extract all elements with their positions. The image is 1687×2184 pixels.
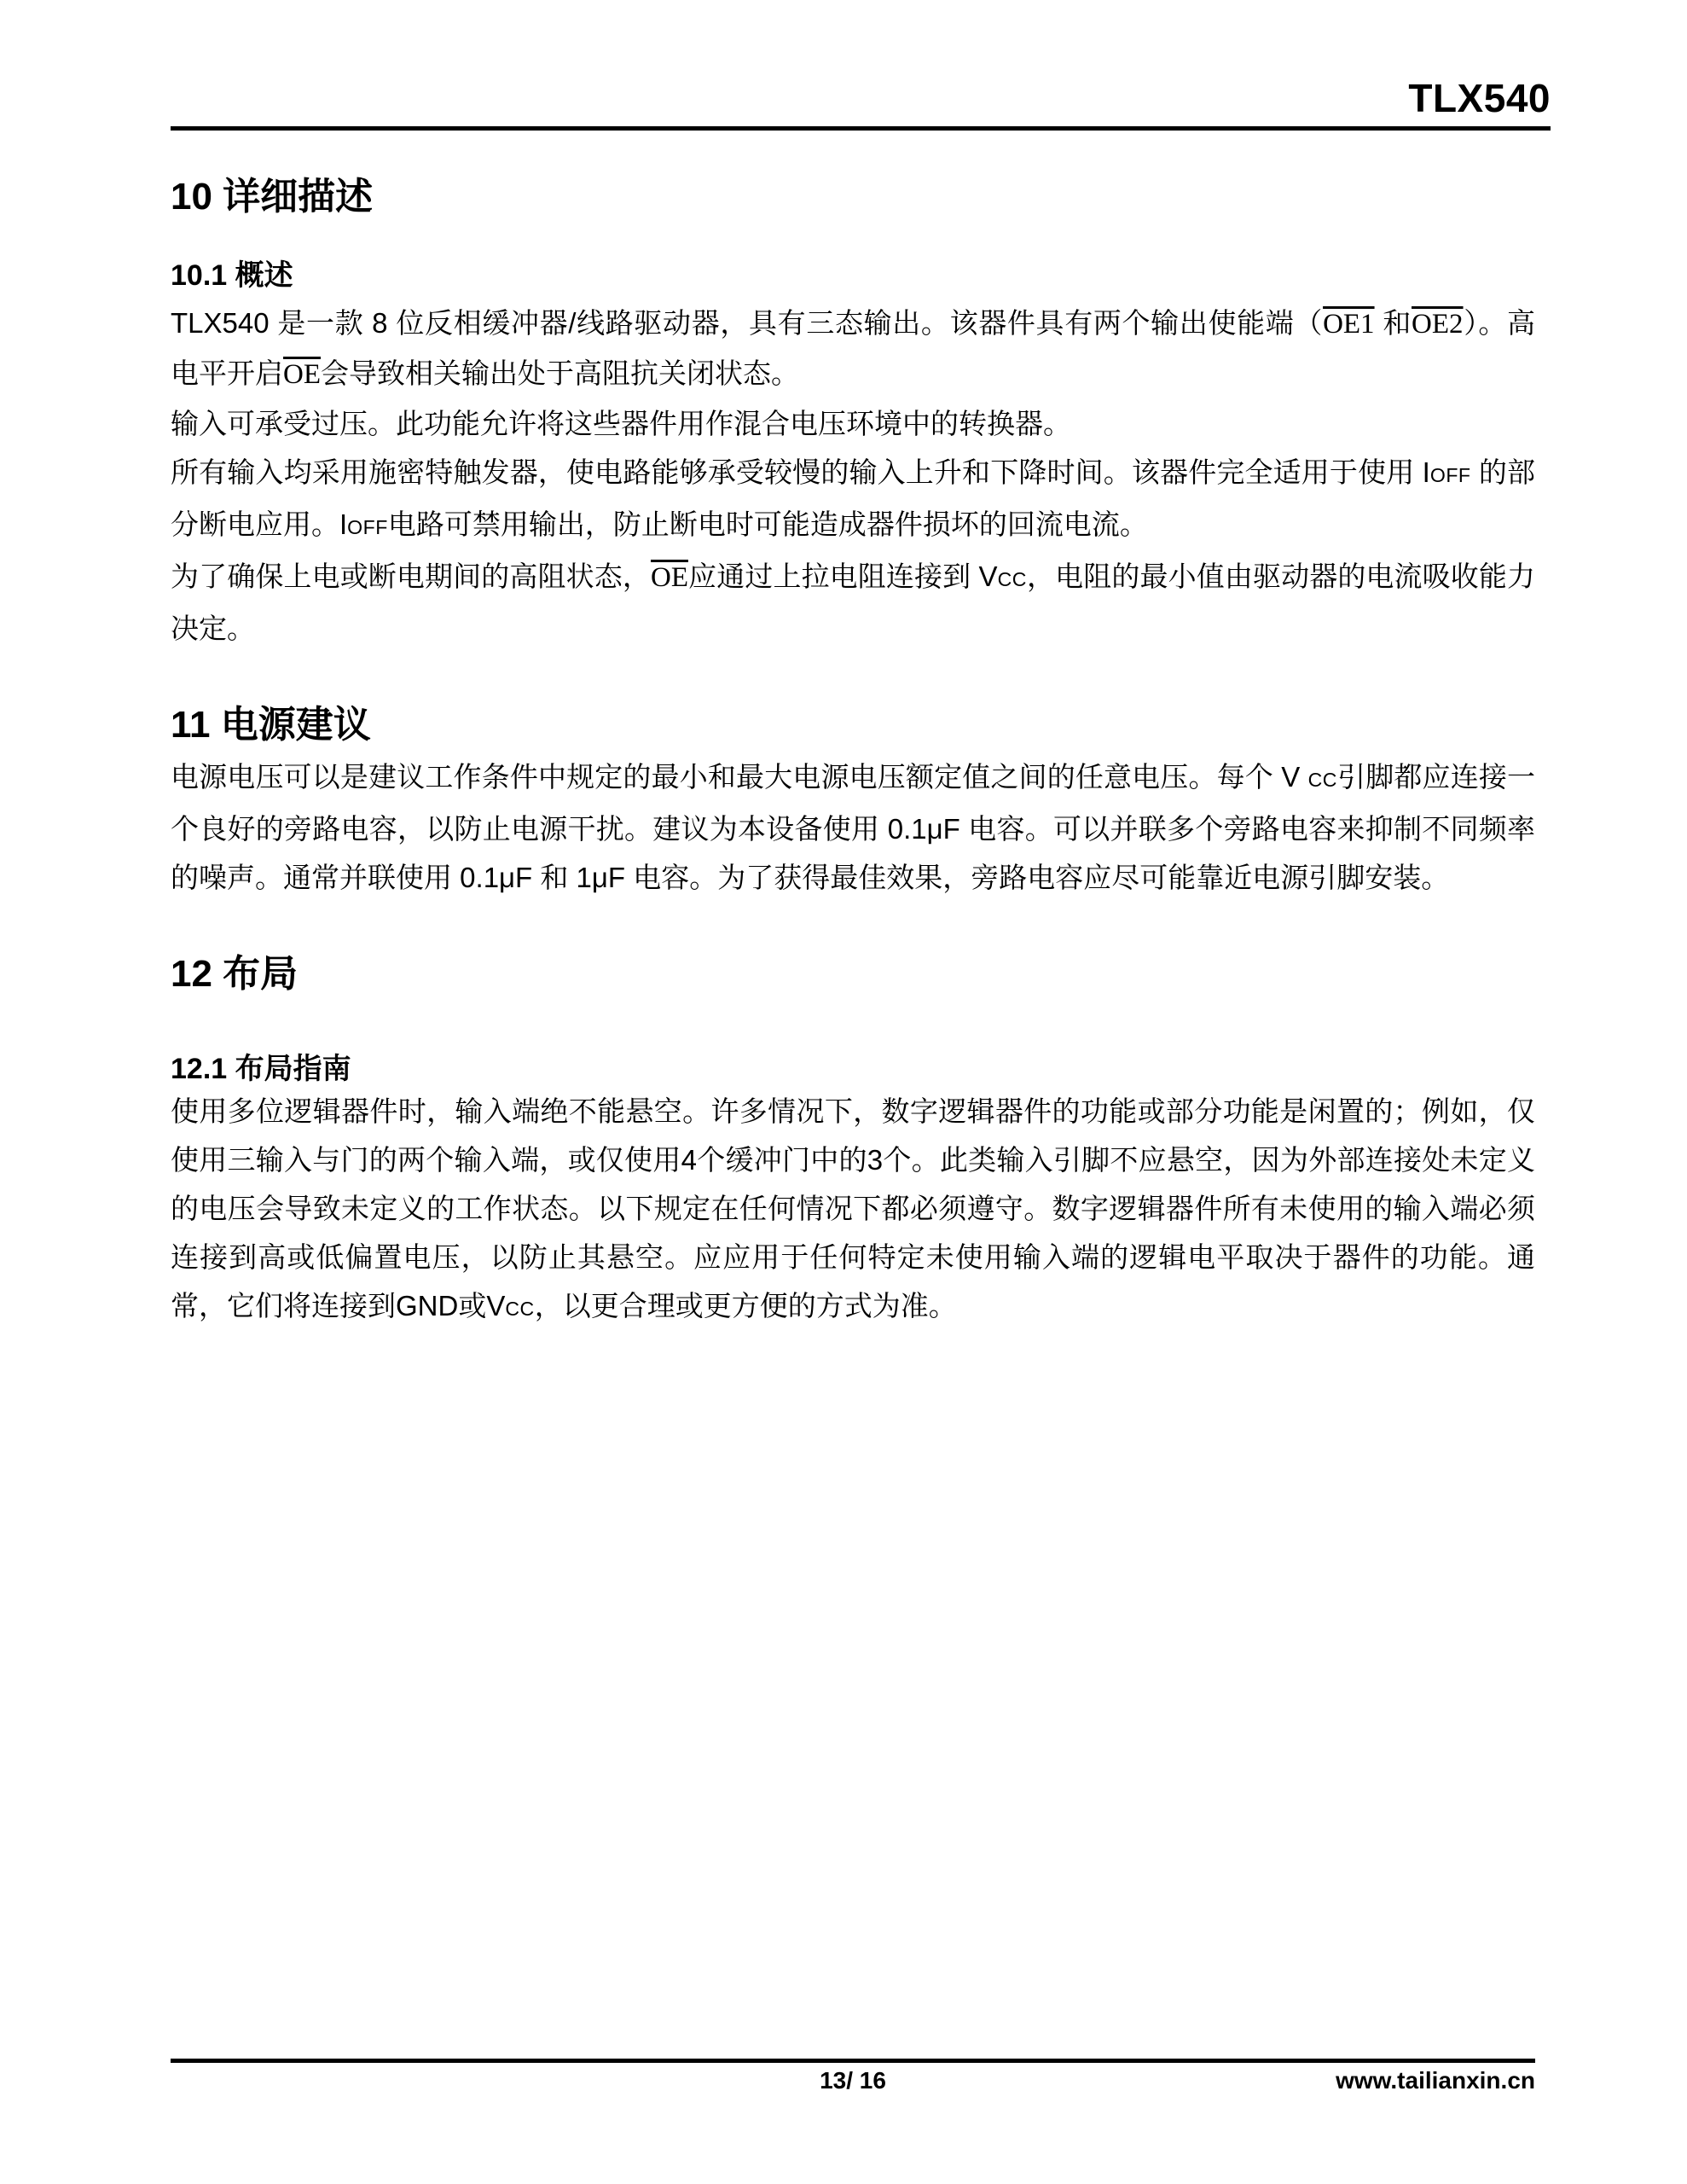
text-run: 所有输入均采用施密特触发器，使电路能够承受较慢的输入上升和下降时间。该器件完全适… bbox=[171, 456, 1430, 488]
subscript-text: CC bbox=[505, 1298, 534, 1320]
text-run: 应通过上拉电阻连接到 V bbox=[688, 561, 998, 592]
text-run: 电源电压可以是建议工作条件中规定的最小和最大电源电压额定值之间的任意电压。每个 … bbox=[171, 761, 1308, 793]
section-10-1-heading: 10.1 概述 bbox=[171, 258, 1535, 293]
page-number: 13/ 16 bbox=[820, 2067, 886, 2094]
subscript-text: CC bbox=[998, 568, 1027, 590]
header-rule bbox=[171, 126, 1551, 131]
overline-signal-name: OE2 bbox=[1412, 309, 1464, 340]
page-footer: 13/ 16 www.tailianxin.cn bbox=[171, 2059, 1535, 2101]
overview-paragraph-3: 所有输入均采用施密特触发器，使电路能够承受较慢的输入上升和下降时间。该器件完全适… bbox=[171, 448, 1535, 552]
page-header: TLX540 bbox=[171, 0, 1551, 131]
subscript-text: OFF bbox=[1430, 464, 1471, 486]
website-url: www.tailianxin.cn bbox=[1336, 2067, 1535, 2094]
subscript-text: CC bbox=[1308, 769, 1337, 791]
text-run: ，以更合理或更方便的方式为准。 bbox=[535, 1290, 957, 1321]
text-run: 为了确保上电或断电期间的高阻状态， bbox=[171, 561, 651, 592]
page-content: 10 详细描述 10.1 概述 TLX540 是一款 8 位反相缓冲器/线路驱动… bbox=[171, 176, 1535, 1333]
section-11-heading: 11 电源建议 bbox=[171, 704, 1535, 747]
datasheet-page: TLX540 10 详细描述 10.1 概述 TLX540 是一款 8 位反相缓… bbox=[0, 0, 1687, 2184]
layout-guideline-paragraph: 使用多位逻辑器件时，输入端绝不能悬空。许多情况下，数字逻辑器件的功能或部分功能是… bbox=[171, 1087, 1535, 1333]
subscript-text: OFF bbox=[347, 516, 388, 538]
text-run: 输入可承受过压。此功能允许将这些器件用作混合电压环境中的转换器。 bbox=[171, 408, 1071, 439]
overview-paragraph-1: TLX540 是一款 8 位反相缓冲器/线路驱动器，具有三态输出。该器件具有两个… bbox=[171, 299, 1535, 399]
section-10-heading: 10 详细描述 bbox=[171, 176, 1535, 219]
text-run: 电路可禁用输出，防止断电时可能造成器件损坏的回流电流。 bbox=[388, 508, 1148, 540]
section-12-1-heading: 12.1 布局指南 bbox=[171, 1052, 1535, 1087]
footer-row: 13/ 16 www.tailianxin.cn bbox=[171, 2067, 1535, 2101]
power-recommendation-paragraph: 电源电压可以是建议工作条件中规定的最小和最大电源电压额定值之间的任意电压。每个 … bbox=[171, 752, 1535, 902]
section-12-heading: 12 布局 bbox=[171, 953, 1535, 996]
text-run: 和 bbox=[1375, 307, 1412, 339]
overline-signal-name: OE bbox=[283, 359, 321, 390]
overline-signal-name: OE bbox=[651, 562, 688, 593]
doc-title: TLX540 bbox=[171, 77, 1551, 120]
overline-signal-name: OE1 bbox=[1323, 309, 1375, 340]
overview-paragraph-4: 为了确保上电或断电期间的高阻状态，OE应通过上拉电阻连接到 VCC，电阻的最小值… bbox=[171, 552, 1535, 653]
overview-paragraph-2: 输入可承受过压。此功能允许将这些器件用作混合电压环境中的转换器。 bbox=[171, 399, 1535, 448]
text-run: 会导致相关输出处于高阻抗关闭状态。 bbox=[321, 357, 799, 389]
text-run: TLX540 是一款 8 位反相缓冲器/线路驱动器，具有三态输出。该器件具有两个… bbox=[171, 307, 1323, 339]
footer-rule bbox=[171, 2059, 1535, 2063]
text-run: 使用多位逻辑器件时，输入端绝不能悬空。许多情况下，数字逻辑器件的功能或部分功能是… bbox=[171, 1095, 1535, 1321]
